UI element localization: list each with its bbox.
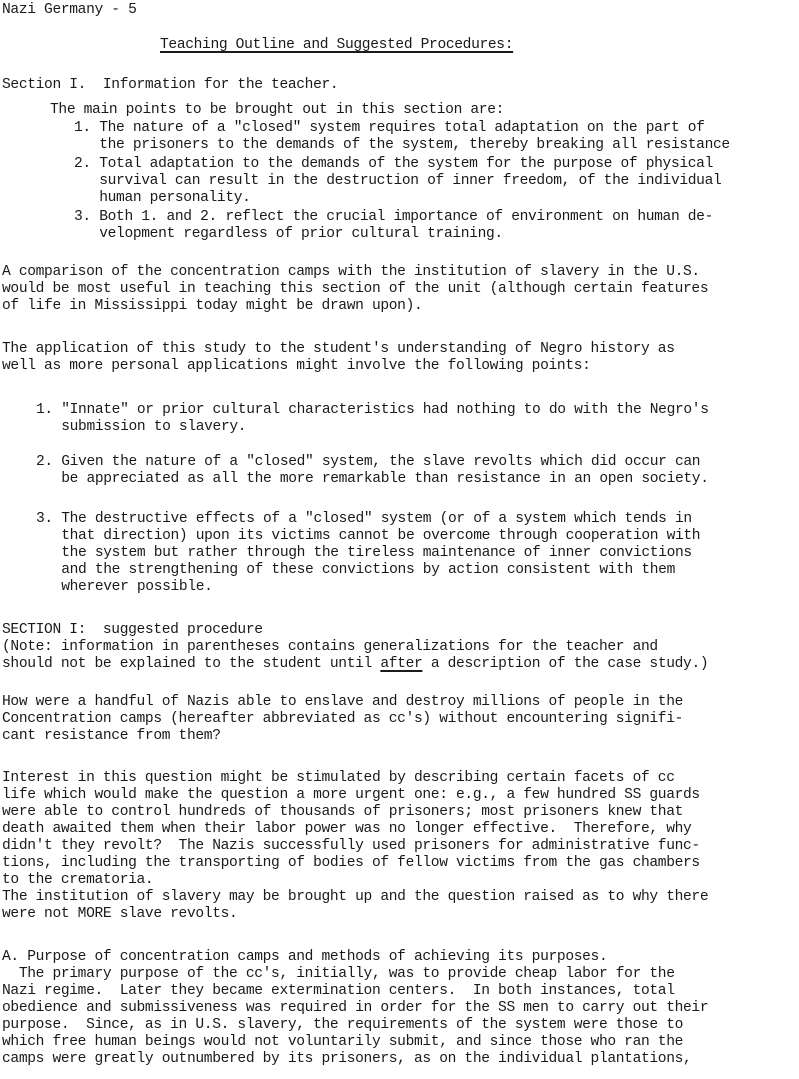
paragraph-line: Concentration camps (hereafter abbreviat…: [2, 711, 683, 728]
paragraph-line: well as more personal applications might…: [2, 358, 591, 375]
paragraph-line: were not MORE slave revolts.: [2, 906, 237, 923]
emphasized-word: after: [380, 656, 422, 672]
paragraph-line: of life in Mississippi today might be dr…: [2, 298, 422, 315]
note-text: should not be explained to the student u…: [2, 656, 380, 672]
list-item: wherever possible.: [36, 579, 213, 596]
section-a-heading: A. Purpose of concentration camps and me…: [2, 949, 607, 966]
list-item: 1. The nature of a "closed" system requi…: [74, 120, 705, 137]
list-item: 2. Total adaptation to the demands of th…: [74, 156, 713, 173]
paragraph-line: obedience and submissiveness was require…: [2, 1000, 708, 1017]
list-item: that direction) upon its victims cannot …: [36, 528, 700, 545]
list-item: 1. "Innate" or prior cultural characteri…: [36, 402, 709, 419]
paragraph-line: camps were greatly outnumbered by its pr…: [2, 1051, 691, 1068]
paragraph-line: The primary purpose of the cc's, initial…: [2, 966, 675, 983]
paragraph-line: Interest in this question might be stimu…: [2, 770, 675, 787]
list-item: 3. The destructive effects of a "closed"…: [36, 511, 692, 528]
page-header: Nazi Germany - 5: [2, 2, 137, 19]
paragraph-line: cant resistance from them?: [2, 728, 221, 745]
paragraph-line: which free human beings would not volunt…: [2, 1034, 683, 1051]
paragraph-line: to the crematoria.: [2, 872, 153, 889]
paragraph-line: Nazi regime. Later they became extermina…: [2, 983, 675, 1000]
procedure-heading: SECTION I: suggested procedure: [2, 622, 263, 639]
section-heading: Section I. Information for the teacher.: [2, 77, 338, 94]
note-line: (Note: information in parentheses contai…: [2, 639, 658, 656]
paragraph-line: purpose. Since, as in U.S. slavery, the …: [2, 1017, 683, 1034]
note-line: should not be explained to the student u…: [2, 656, 708, 673]
paragraph-line: life which would make the question a mor…: [2, 787, 700, 804]
list-item: the system but rather through the tirele…: [36, 545, 692, 562]
paragraph-line: tions, including the transporting of bod…: [2, 855, 700, 872]
list-item: 2. Given the nature of a "closed" system…: [36, 454, 700, 471]
paragraph-line: didn't they revolt? The Nazis successful…: [2, 838, 700, 855]
paragraph-line: death awaited them when their labor powe…: [2, 821, 691, 838]
document-page: Nazi Germany - 5 Teaching Outline and Su…: [0, 0, 799, 1079]
paragraph-line: A comparison of the concentration camps …: [2, 264, 700, 281]
list-item: 3. Both 1. and 2. reflect the crucial im…: [74, 209, 713, 226]
paragraph-line: How were a handful of Nazis able to ensl…: [2, 694, 683, 711]
note-text: a description of the case study.): [422, 656, 708, 672]
list-item: human personality.: [74, 190, 251, 207]
list-item: submission to slavery.: [36, 419, 246, 436]
paragraph-line: The application of this study to the stu…: [2, 341, 675, 358]
paragraph-line: The institution of slavery may be brough…: [2, 889, 708, 906]
list-item: survival can result in the destruction o…: [74, 173, 721, 190]
paragraph-line: were able to control hundreds of thousan…: [2, 804, 683, 821]
page-title: Teaching Outline and Suggested Procedure…: [160, 37, 513, 54]
list-item: and the strengthening of these convictio…: [36, 562, 675, 579]
paragraph-line: would be most useful in teaching this se…: [2, 281, 708, 298]
list-item: be appreciated as all the more remarkabl…: [36, 471, 709, 488]
main-points-intro: The main points to be brought out in thi…: [50, 102, 504, 119]
list-item: the prisoners to the demands of the syst…: [74, 137, 730, 154]
list-item: velopment regardless of prior cultural t…: [74, 226, 503, 243]
